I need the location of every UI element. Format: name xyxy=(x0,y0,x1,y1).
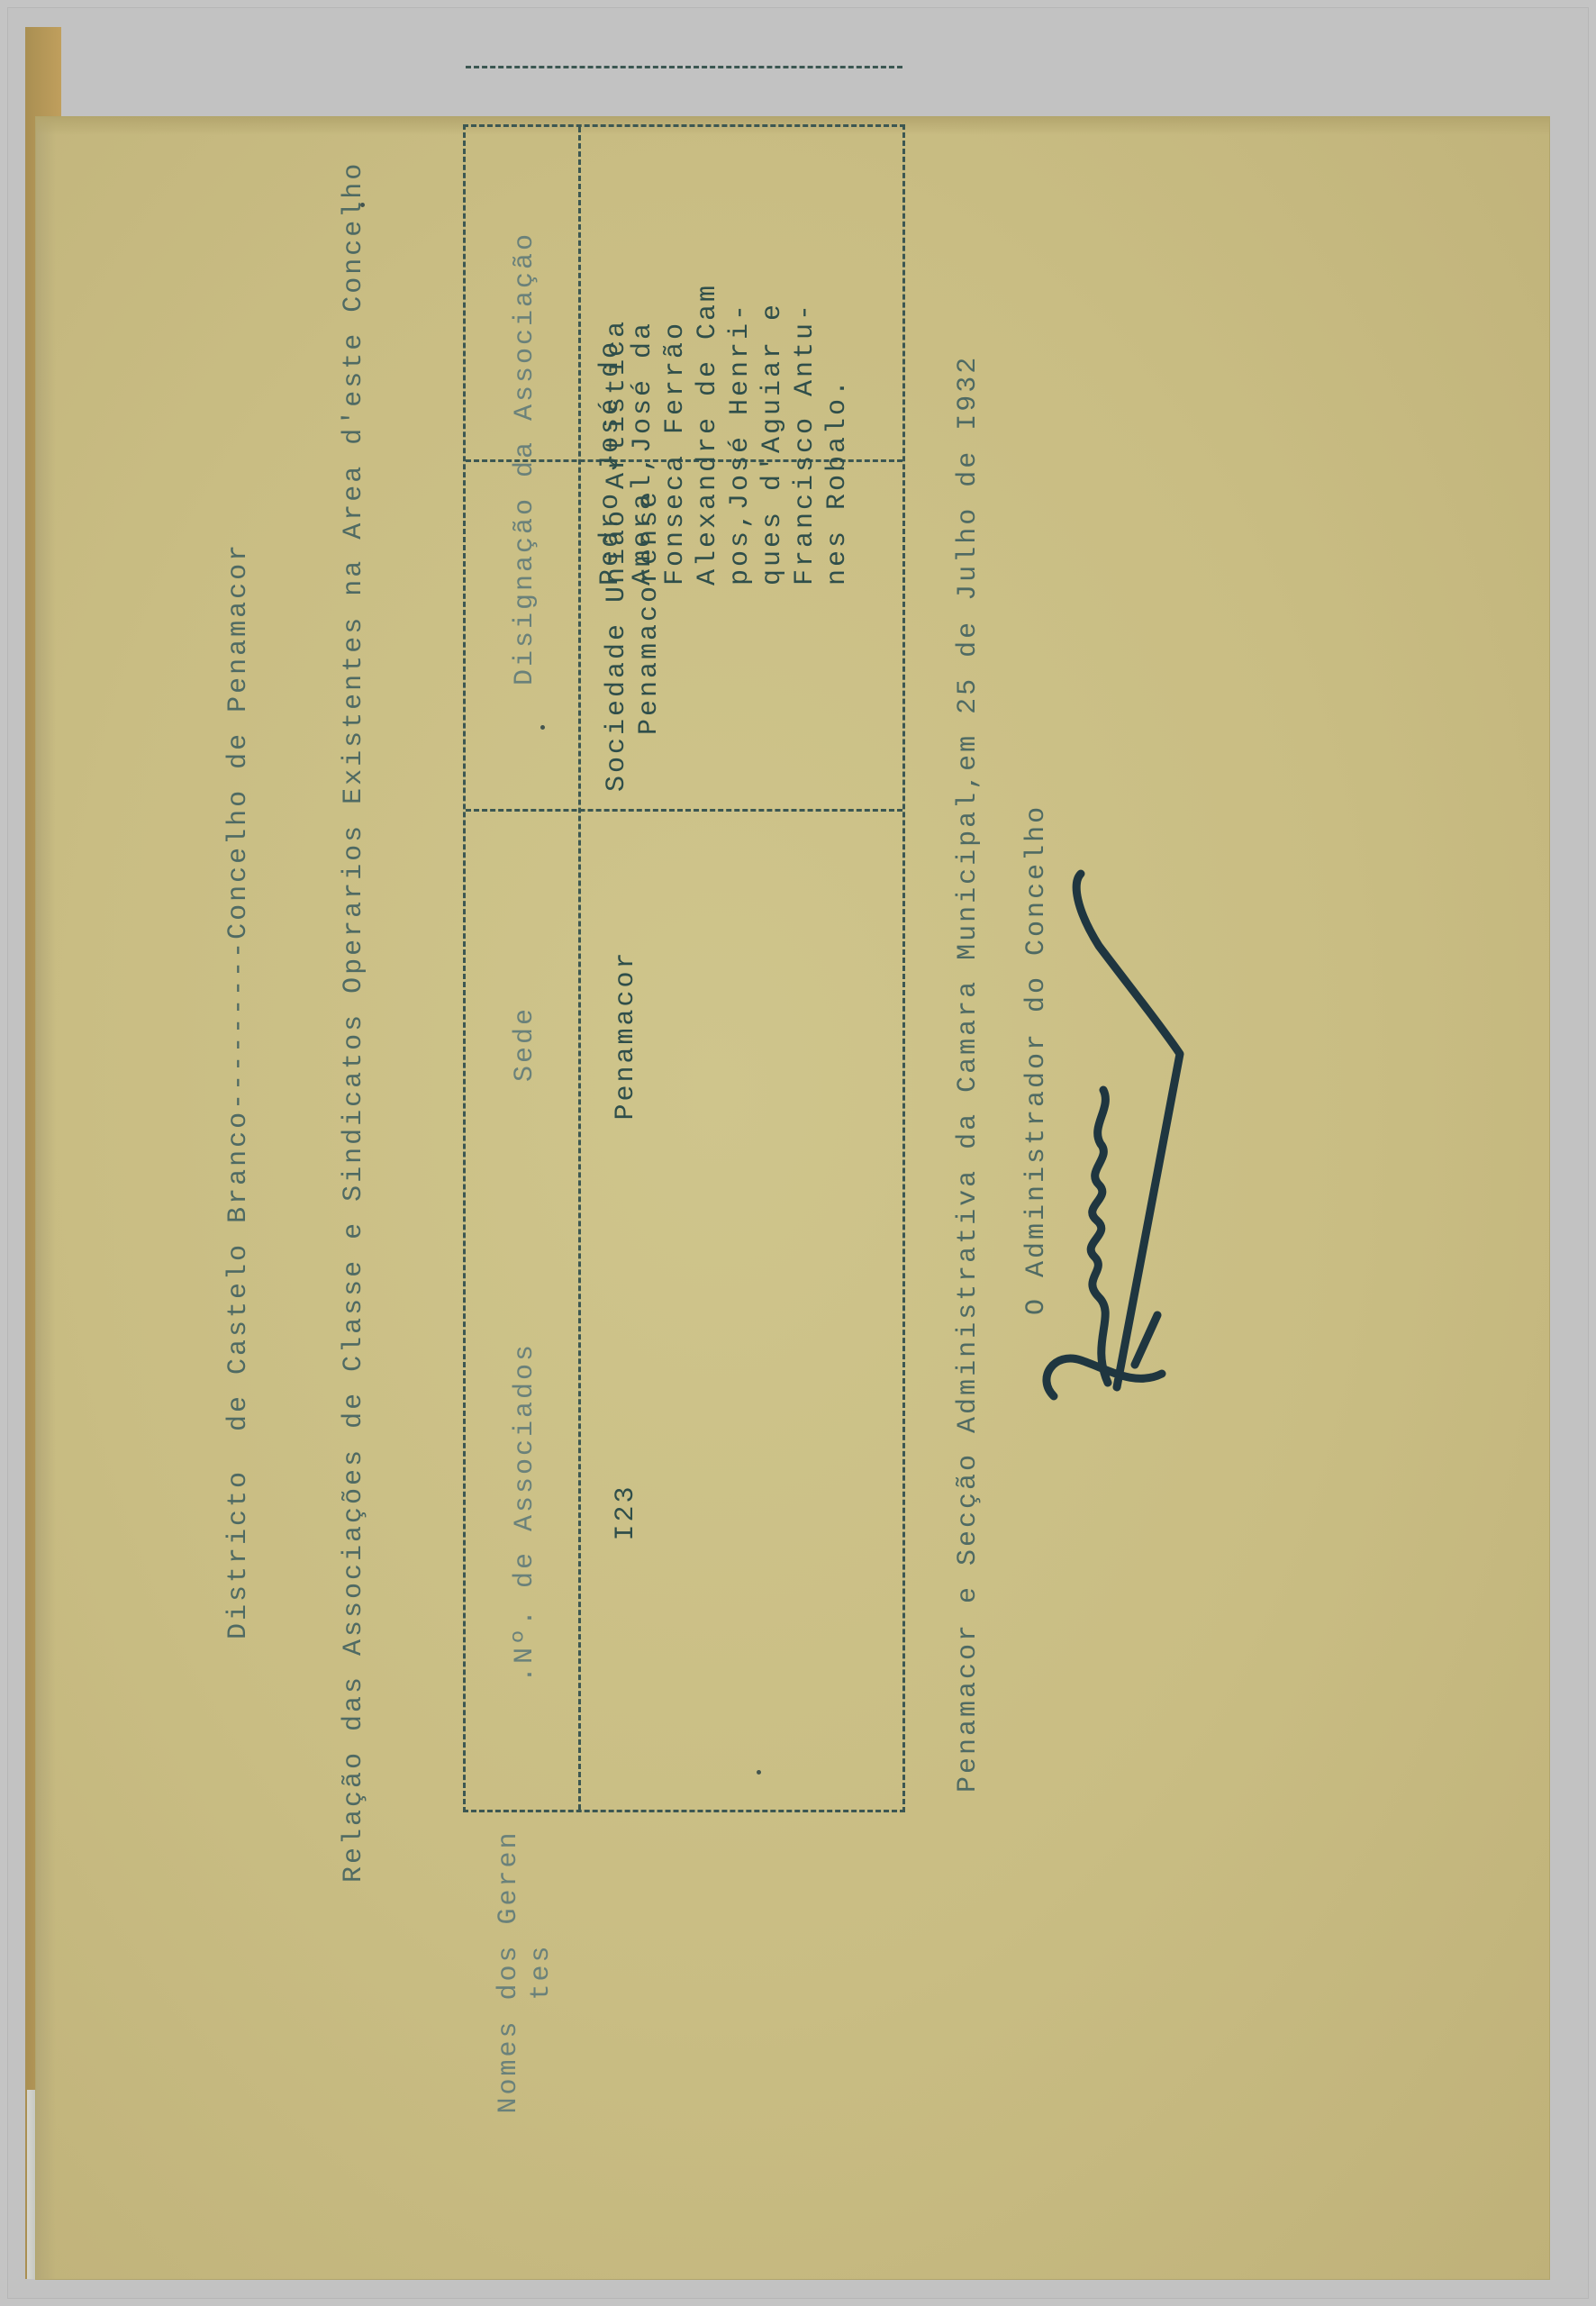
page-edge-shadow xyxy=(36,117,56,2279)
column-header-sede: Sede xyxy=(509,810,541,1278)
column-header-gerentes: Nomes dos Geren tes xyxy=(493,1774,558,2170)
signature-icon xyxy=(1027,856,1198,1414)
paper-speck xyxy=(540,725,545,730)
column-divider xyxy=(466,66,902,68)
closing-line: Penamacor e Secção Administrativa da Cam… xyxy=(955,355,982,1793)
document-page: Districto de Castelo Branco---------Conc… xyxy=(36,117,1549,2279)
table-row-associados: I23 xyxy=(610,1305,642,1720)
paper-speck xyxy=(757,1770,761,1775)
table-row-sede: Penamacor xyxy=(610,801,642,1269)
table-header-divider xyxy=(578,127,581,1810)
header-line: Districto de Castelo Branco---------Conc… xyxy=(225,542,252,1639)
paper-speck xyxy=(360,203,365,207)
table-row-gerentes: Pedro José do Ameral,José da Fonseca Fer… xyxy=(594,283,854,586)
document-title: Relação das Associações de Classe e Sind… xyxy=(340,161,367,1883)
column-header-designacao: Disignação da Associação xyxy=(509,161,541,756)
column-header-associados: .Nº. de Associados xyxy=(509,1305,541,1720)
